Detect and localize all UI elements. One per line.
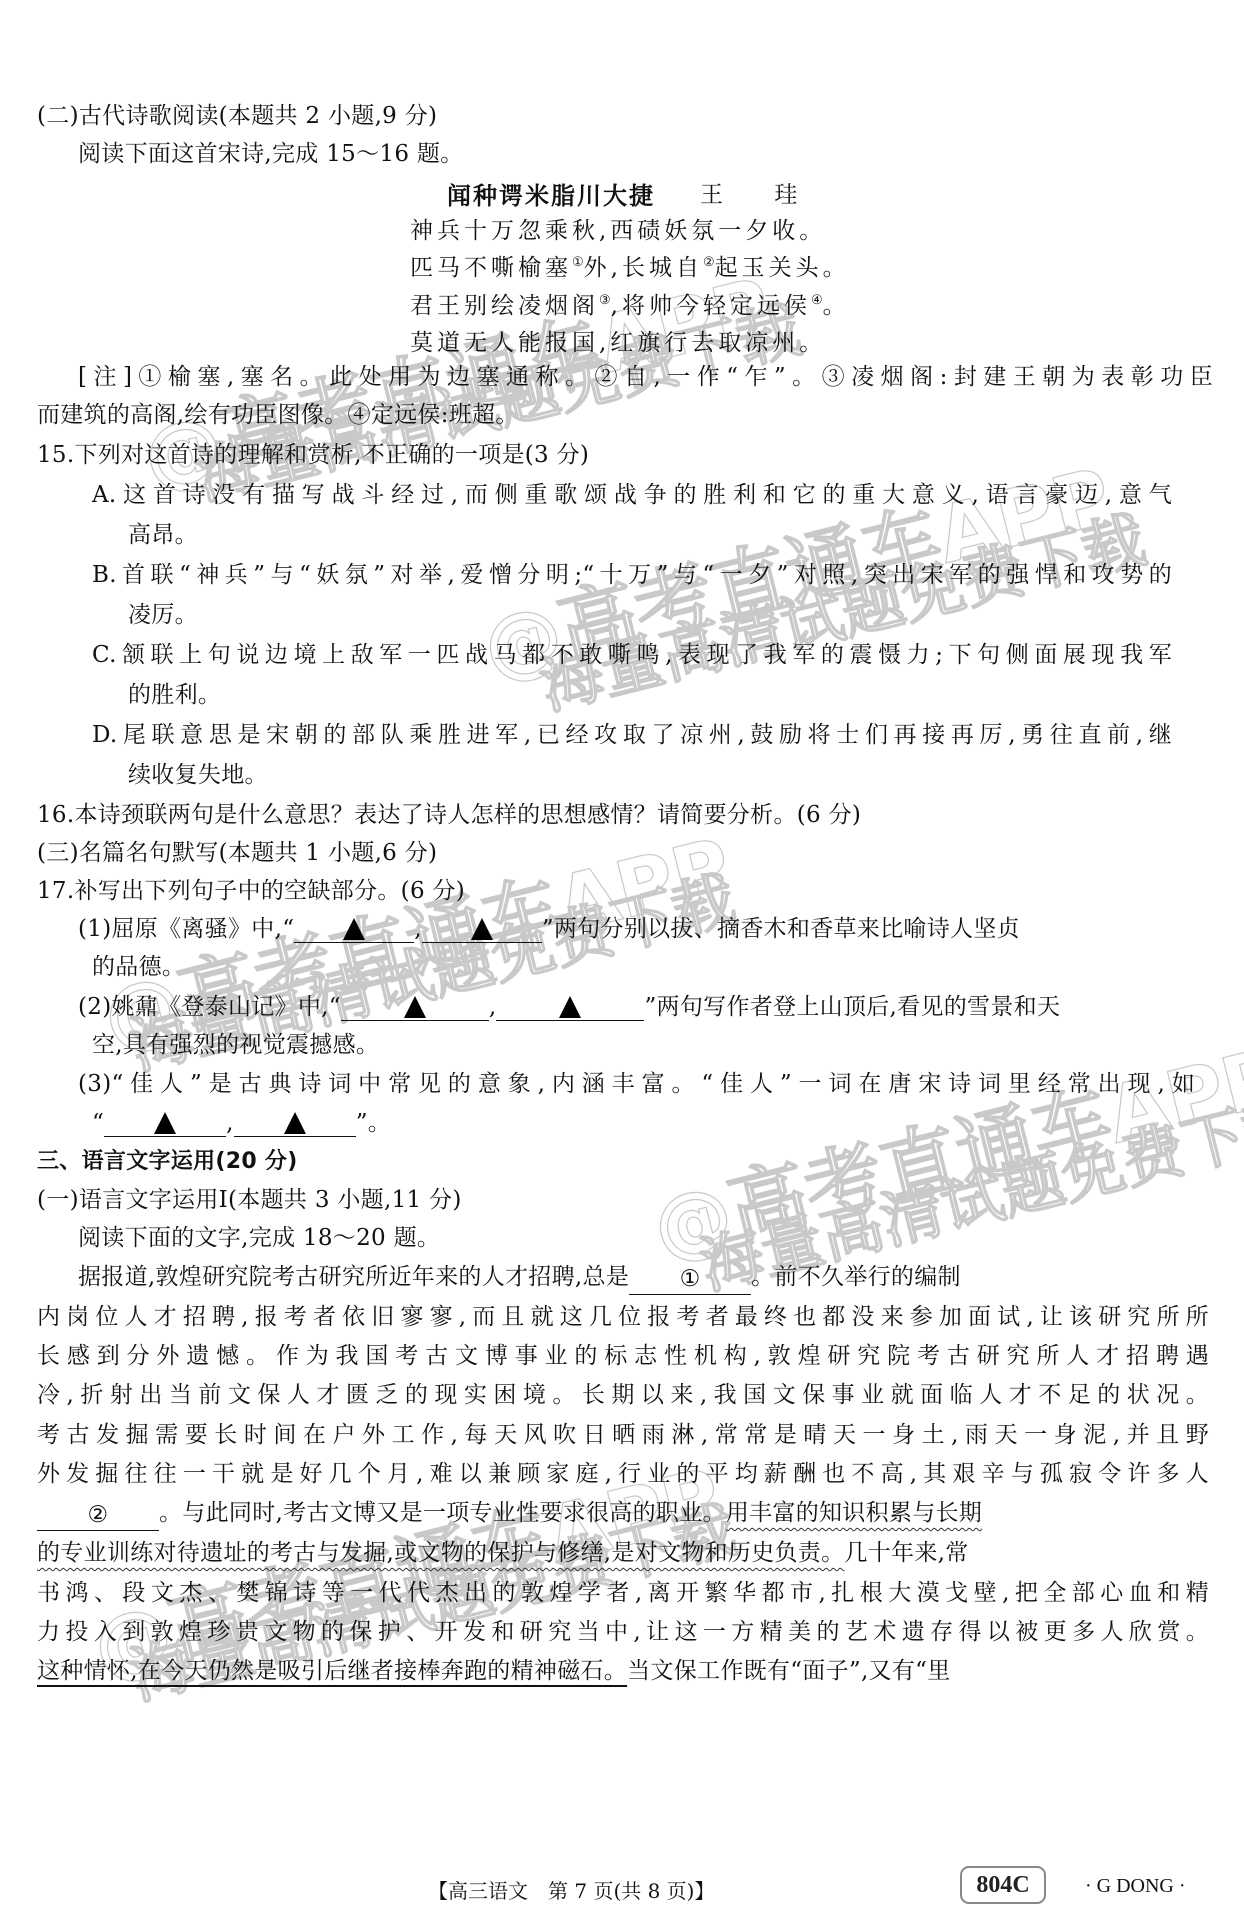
underlined-sentence: 这种情怀,在今天仍然是吸引后继者接棒奔跑的精神磁石。 — [37, 1658, 627, 1684]
answer-blank[interactable] — [104, 1110, 226, 1137]
footnote-marker: ① — [572, 255, 584, 270]
answer-blank[interactable] — [294, 916, 414, 943]
passage-line-1: 据报道,敦煌研究院考古研究所近年来的人才招聘,总是①。前不久举行的编制 — [78, 1262, 961, 1295]
wavy-underlined-sentence: 的专业训练对待遗址的考古与发掘,或文物的保护与修缮,是对文物和历史负责。 — [37, 1540, 844, 1566]
q17-item-2: (2)姚鼐《登泰山记》中,“,”两句写作者登上山顶后,看见的雪景和天 — [78, 992, 1060, 1022]
watermark: 海量高清试题免费下载 — [530, 490, 1153, 726]
q15-option-b: B.首联“神兵”与“妖氛”对举,爱憎分明;“十万”与“一夕”对照,突出宋军的强悍… — [92, 560, 1172, 590]
q15-option-a-cont: 高昂。 — [128, 520, 198, 550]
section-heading-language: 三、语言文字运用(20 分) — [37, 1147, 298, 1177]
triangle-marker-icon — [559, 996, 581, 1018]
passage-line-6: 外发掘往往一干就是好几个月,难以兼顾家庭,行业的平均薪酬也不高,其艰辛与孤寂令许… — [37, 1459, 1209, 1489]
poem-notes-line-2: 而建筑的高阁,绘有功臣图像。④定远侯:班超。 — [37, 400, 519, 430]
q15-option-b-cont: 凌厉。 — [128, 600, 198, 630]
q17-item-3-cont: “,”。 — [92, 1108, 391, 1138]
poem-line-3: 君王别绘凌烟阁③,将帅今轻定远侯④。 — [410, 287, 850, 320]
poem-title: 闻种谔米脂川大捷 — [447, 176, 655, 211]
passage-line-7: ②。与此同时,考古文博又是一项专业性要求很高的职业。用丰富的知识积累与长期 — [37, 1498, 982, 1531]
q15-option-d-cont: 续收复失地。 — [128, 760, 268, 790]
q17-item-1: (1)屈原《离骚》中,“,”两句分别以拔、摘香木和香草来比喻诗人坚贞 — [78, 914, 1020, 944]
poem-notes-line-1: [注]①榆塞,塞名。此处用为边塞通称。②自,一作“乍”。③凌烟阁:封建王朝为表彰… — [78, 362, 1213, 392]
passage-line-3: 长感到分外遗憾。作为我国考古文博事业的标志性机构,敦煌研究院考古研究所人才招聘遇 — [37, 1341, 1209, 1371]
section-heading-recitation: (三)名篇名句默写(本题共 1 小题,6 分) — [37, 838, 437, 868]
q15-option-c-cont: 的胜利。 — [128, 680, 221, 710]
poem-line-1: 神兵十万忽乘秋,西碛妖氛一夕收。 — [410, 212, 826, 245]
passage-line-9: 书鸿、段文杰、樊锦诗等一代代杰出的敦煌学者,离开繁华都市,扎根大漠戈壁,把全部心… — [37, 1578, 1209, 1608]
passage-line-10: 力投入到敦煌珍贵文物的保护、开发和研究当中,让这一方精美的艺术遗存得以被更多人欣… — [37, 1617, 1209, 1647]
answer-blank[interactable] — [234, 1110, 356, 1137]
passage-line-2: 内岗位人才招聘,报考者依旧寥寥,而且就这几位报考者最终也都没来参加面试,让该研究… — [37, 1302, 1209, 1332]
question-16-stem: 16.本诗颈联两句是什么意思？表达了诗人怎样的思想感情？请简要分析。(6 分) — [37, 800, 861, 830]
answer-blank[interactable] — [341, 994, 489, 1021]
q15-option-a: A.这首诗没有描写战斗经过,而侧重歌颂战争的胜利和它的重大意义,语言豪迈,意气 — [92, 480, 1172, 510]
triangle-marker-icon — [471, 918, 493, 940]
language-instruction: 阅读下面的文字,完成 18～20 题。 — [78, 1223, 440, 1253]
passage-line-11: 这种情怀,在今天仍然是吸引后继者接棒奔跑的精神磁石。当文保工作既有“面子”,又有… — [37, 1656, 951, 1686]
section-heading-poetry: (二)古代诗歌阅读(本题共 2 小题,9 分) — [37, 101, 437, 131]
passage-blank-2[interactable]: ② — [37, 1500, 159, 1531]
footnote-marker: ③ — [599, 293, 611, 308]
passage-line-8: 的专业训练对待遗址的考古与发掘,或文物的保护与修缮,是对文物和历史负责。几十年来… — [37, 1538, 969, 1568]
poem-line-4: 莫道无人能报国,红旗行去取凉州。 — [410, 324, 826, 357]
q17-item-3: (3)“佳人”是古典诗词中常见的意象,内涵丰富。“佳人”一词在唐宋诗词里经常出现… — [78, 1069, 1195, 1099]
poem-line-2: 匹马不嘶榆塞①外,长城自②起玉关头。 — [410, 249, 850, 282]
triangle-marker-icon — [284, 1112, 306, 1134]
exam-code-badge: 804C — [960, 1866, 1046, 1904]
triangle-marker-icon — [154, 1112, 176, 1134]
poetry-instruction: 阅读下面这首宋诗,完成 15～16 题。 — [78, 139, 463, 169]
passage-line-4: 冷,折射出当前文保人才匮乏的现实困境。长期以来,我国文保事业就面临人才不足的状况… — [37, 1380, 1209, 1410]
footnote-marker: ④ — [811, 293, 823, 308]
q15-option-d: D.尾联意思是宋朝的部队乘胜进军,已经攻取了凉州,鼓励将士们再接再厉,勇往直前,… — [92, 720, 1172, 750]
section-subheading-language-1: (一)语言文字运用Ⅰ(本题共 3 小题,11 分) — [37, 1185, 462, 1215]
answer-blank[interactable] — [422, 916, 542, 943]
passage-blank-1[interactable]: ① — [629, 1264, 751, 1295]
passage-line-5: 考古发掘需要长时间在户外工作,每天风吹日晒雨淋,常常是晴天一身土,雨天一身泥,并… — [37, 1420, 1209, 1450]
answer-blank[interactable] — [496, 994, 644, 1021]
q17-item-1-cont: 的品德。 — [92, 952, 185, 982]
poem-author: 王 珪 — [700, 176, 819, 209]
wavy-underlined-sentence: 用丰富的知识积累与长期 — [726, 1500, 982, 1526]
footnote-marker: ② — [703, 255, 715, 270]
page-number: 【高三语文 第 7 页(共 8 页)】 — [428, 1875, 714, 1904]
question-15-stem: 15.下列对这首诗的理解和赏析,不正确的一项是(3 分) — [37, 440, 589, 470]
exam-page: @高考直通车APP 海量高清试题免费下载 @高考直通车APP 海量高清试题免费下… — [0, 0, 1244, 1921]
question-17-stem: 17.补写出下列句子中的空缺部分。(6 分) — [37, 876, 465, 906]
triangle-marker-icon — [404, 996, 426, 1018]
q15-option-c: C.颔联上句说边境上敌军一匹战马都不敢嘶鸣,表现了我军的震慑力;下句侧面展现我军 — [92, 640, 1172, 670]
brand-label: · G DONG · — [1085, 1875, 1186, 1898]
watermark: @高考直通车APP — [640, 1015, 1244, 1279]
triangle-marker-icon — [343, 918, 365, 940]
q17-item-2-cont: 空,具有强烈的视觉震撼感。 — [92, 1030, 379, 1060]
